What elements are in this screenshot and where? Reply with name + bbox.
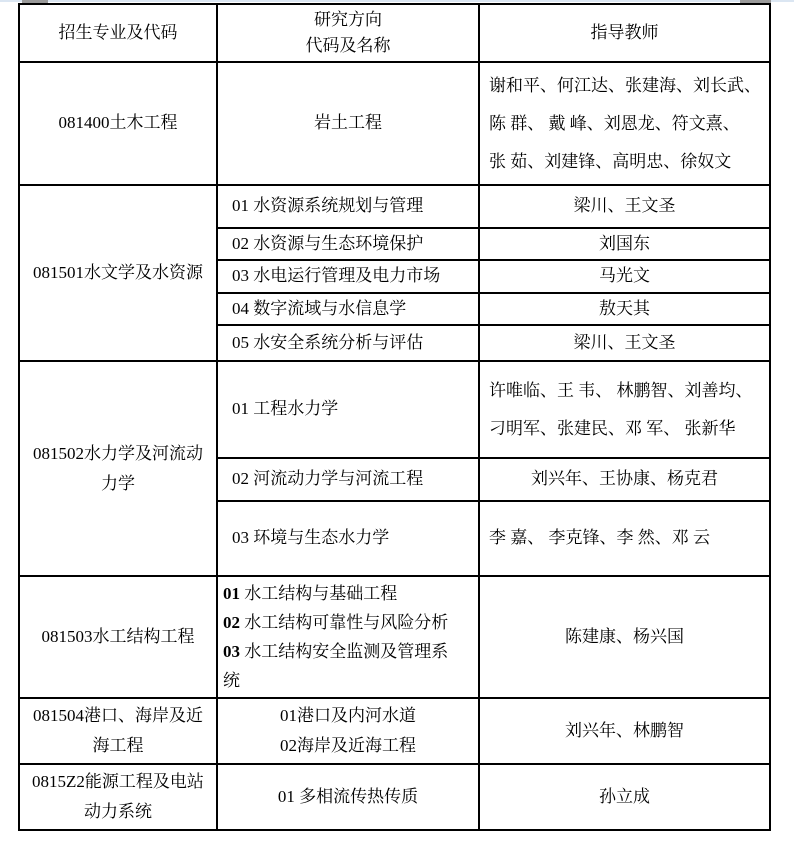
teacher-line: 刁明军、张建民、邓 军、 张新华 bbox=[489, 410, 765, 448]
major-cell: 081501水文学及水资源 bbox=[19, 185, 217, 361]
major-line: 动力系统 bbox=[24, 797, 212, 827]
direction-text: 水工结构安全监测及管理系统 bbox=[223, 642, 448, 690]
direction-number: 03 bbox=[223, 642, 240, 661]
direction-item: 02 水工结构可靠性与风险分析 bbox=[223, 608, 464, 637]
header-direction-line1: 研究方向 bbox=[222, 7, 474, 33]
major-line: 力学 bbox=[24, 469, 212, 499]
teachers-cell: 梁川、王文圣 bbox=[479, 325, 770, 361]
teachers-cell: 敖天其 bbox=[479, 293, 770, 325]
direction-item: 03 水工结构安全监测及管理系统 bbox=[223, 637, 464, 695]
teachers-cell: 刘兴年、王协康、杨克君 bbox=[479, 458, 770, 501]
teacher-line: 陈 群、 戴 峰、刘恩龙、符文熹、 bbox=[489, 105, 765, 143]
table-row: 081504港口、海岸及近 海工程 01港口及内河水道 02海岸及近海工程 刘兴… bbox=[19, 698, 770, 764]
direction-cell: 05 水安全系统分析与评估 bbox=[217, 325, 479, 361]
major-line: 081504港口、海岸及近 bbox=[24, 701, 212, 731]
teachers-cell: 许唯临、王 韦、 林鹏智、刘善均、 刁明军、张建民、邓 军、 张新华 bbox=[479, 361, 770, 458]
major-cell: 081504港口、海岸及近 海工程 bbox=[19, 698, 217, 764]
table-row: 081400土木工程 岩土工程 谢和平、何江达、张建海、刘长武、 陈 群、 戴 … bbox=[19, 62, 770, 185]
direction-line: 01港口及内河水道 bbox=[222, 701, 474, 731]
screenshot-top-edge-artifact bbox=[0, 0, 794, 2]
direction-cell: 04 数字流域与水信息学 bbox=[217, 293, 479, 325]
direction-number: 02 bbox=[223, 613, 240, 632]
direction-cell: 01 水资源系统规划与管理 bbox=[217, 185, 479, 228]
direction-cell: 03 环境与生态水力学 bbox=[217, 501, 479, 576]
teacher-line: 张 茹、刘建锋、高明忠、徐奴文 bbox=[489, 143, 765, 181]
table-row: 0815Z2能源工程及电站 动力系统 01 多相流传热传质 孙立成 bbox=[19, 764, 770, 830]
table-row: 081501水文学及水资源 01 水资源系统规划与管理 梁川、王文圣 bbox=[19, 185, 770, 228]
teachers-cell: 孙立成 bbox=[479, 764, 770, 830]
direction-cell: 03 水电运行管理及电力市场 bbox=[217, 260, 479, 292]
major-line: 081502水力学及河流动 bbox=[24, 439, 212, 469]
teacher-line: 谢和平、何江达、张建海、刘长武、 bbox=[489, 67, 765, 105]
teachers-cell: 刘兴年、林鹏智 bbox=[479, 698, 770, 764]
major-cell: 081502水力学及河流动 力学 bbox=[19, 361, 217, 576]
header-major: 招生专业及代码 bbox=[19, 4, 217, 62]
teachers-cell: 马光文 bbox=[479, 260, 770, 292]
teachers-cell: 谢和平、何江达、张建海、刘长武、 陈 群、 戴 峰、刘恩龙、符文熹、 张 茹、刘… bbox=[479, 62, 770, 185]
major-line: 海工程 bbox=[24, 731, 212, 761]
admissions-table: 招生专业及代码 研究方向 代码及名称 指导教师 081400土木工程 岩土工程 … bbox=[18, 3, 771, 831]
header-direction-line2: 代码及名称 bbox=[222, 33, 474, 59]
major-line: 0815Z2能源工程及电站 bbox=[24, 767, 212, 797]
direction-cell: 02 河流动力学与河流工程 bbox=[217, 458, 479, 501]
teacher-line: 许唯临、王 韦、 林鹏智、刘善均、 bbox=[489, 372, 765, 410]
direction-number: 01 bbox=[223, 584, 240, 603]
header-row: 招生专业及代码 研究方向 代码及名称 指导教师 bbox=[19, 4, 770, 62]
major-cell: 081503水工结构工程 bbox=[19, 576, 217, 698]
table-row: 081502水力学及河流动 力学 01 工程水力学 许唯临、王 韦、 林鹏智、刘… bbox=[19, 361, 770, 458]
table-row: 081503水工结构工程 01 水工结构与基础工程 02 水工结构可靠性与风险分… bbox=[19, 576, 770, 698]
direction-cell: 01 水工结构与基础工程 02 水工结构可靠性与风险分析 03 水工结构安全监测… bbox=[217, 576, 479, 698]
teachers-cell: 李 嘉、 李克锋、李 然、邓 云 bbox=[479, 501, 770, 576]
direction-cell: 01港口及内河水道 02海岸及近海工程 bbox=[217, 698, 479, 764]
direction-cell: 岩土工程 bbox=[217, 62, 479, 185]
direction-item: 01 水工结构与基础工程 bbox=[223, 579, 464, 608]
teachers-cell: 刘国东 bbox=[479, 228, 770, 260]
header-teachers: 指导教师 bbox=[479, 4, 770, 62]
major-cell: 081400土木工程 bbox=[19, 62, 217, 185]
direction-text: 水工结构可靠性与风险分析 bbox=[240, 613, 448, 632]
teachers-cell: 梁川、王文圣 bbox=[479, 185, 770, 228]
direction-cell: 01 多相流传热传质 bbox=[217, 764, 479, 830]
direction-text: 水工结构与基础工程 bbox=[240, 584, 397, 603]
direction-line: 02海岸及近海工程 bbox=[222, 731, 474, 761]
teachers-cell: 陈建康、杨兴国 bbox=[479, 576, 770, 698]
major-cell: 0815Z2能源工程及电站 动力系统 bbox=[19, 764, 217, 830]
direction-cell: 01 工程水力学 bbox=[217, 361, 479, 458]
direction-cell: 02 水资源与生态环境保护 bbox=[217, 228, 479, 260]
header-direction: 研究方向 代码及名称 bbox=[217, 4, 479, 62]
